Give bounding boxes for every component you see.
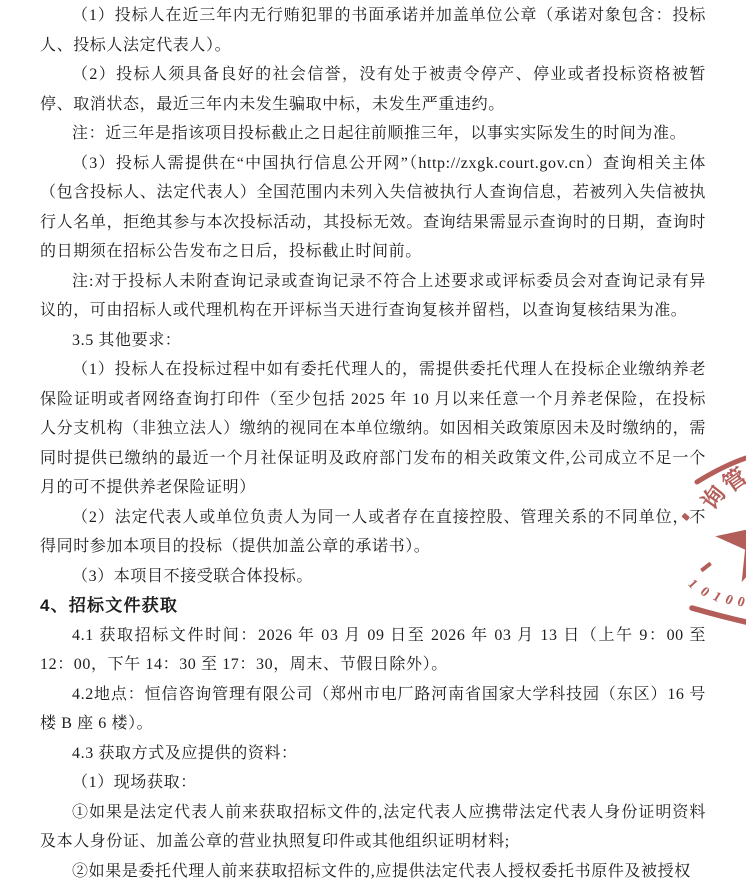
note-three-years: 注：近三年是指该项目投标截止之日起往前顺推三年，以事实实际发生的时间为准。 <box>40 119 706 149</box>
seal-serial-digit: 0 <box>735 594 746 610</box>
para-acquisition-place: 4.2地点：恒信咨询管理有限公司（郑州市电厂路河南省国家大学科技园（东区）16 … <box>40 680 706 739</box>
seal-ring-char: 管 <box>718 463 746 497</box>
para-acquisition-method: 4.3 获取方式及应提供的资料： <box>40 739 706 769</box>
para-legal-rep-onsite: ①如果是法定代表人前来获取招标文件的,法定代表人应携带法定代表人身份证明资料及本… <box>40 798 706 857</box>
document-page: （1）投标人在近三年内无行贿犯罪的书面承诺并加盖单位公章（承诺对象包含：投标人、… <box>0 0 746 886</box>
para-no-consortium: （3）本项目不接受联合体投标。 <box>40 562 706 592</box>
para-agent-onsite: ②如果是委托代理人前来获取招标文件的,应提供法定代表人授权委托书原件及被授权 <box>40 857 706 886</box>
seal-serial-digit: 0 <box>722 592 735 609</box>
para-same-legal-rep: （2）法定代表人或单位负责人为同一人或者存在直接控股、管理关系的不同单位，不得同… <box>40 503 706 562</box>
section-heading-doc-acquisition: 4、招标文件获取 <box>40 591 706 621</box>
note-query-review: 注:对于投标人未附查询记录或查询记录不符合上述要求或评标委员会对查询记录有异议的… <box>40 267 706 326</box>
seal-star-icon <box>709 488 746 585</box>
para-bribery-commitment: （1）投标人在近三年内无行贿犯罪的书面承诺并加盖单位公章（承诺对象包含：投标人、… <box>40 1 706 60</box>
seal-serial-digit: 1 <box>710 589 724 605</box>
para-social-credit: （2）投标人须具备良好的社会信誉，没有处于被责令停产、停业或者投标资格被暂停、取… <box>40 60 706 119</box>
document-body: （1）投标人在近三年内无行贿犯罪的书面承诺并加盖单位公章（承诺对象包含：投标人、… <box>40 1 706 886</box>
para-enforcement-check: （3）投标人需提供在“中国执行信息公开网”（http://zxgk.court.… <box>40 149 706 267</box>
para-other-requirements: 3.5 其他要求： <box>40 326 706 356</box>
para-acquisition-time: 4.1 获取招标文件时间：2026 年 03 月 09 日至 2026 年 03… <box>40 621 706 680</box>
para-onsite-acquisition: （1）现场获取： <box>40 768 706 798</box>
para-agent-insurance: （1）投标人在投标过程中如有委托代理人的，需提供委托代理人在投标企业缴纳养老保险… <box>40 355 706 503</box>
